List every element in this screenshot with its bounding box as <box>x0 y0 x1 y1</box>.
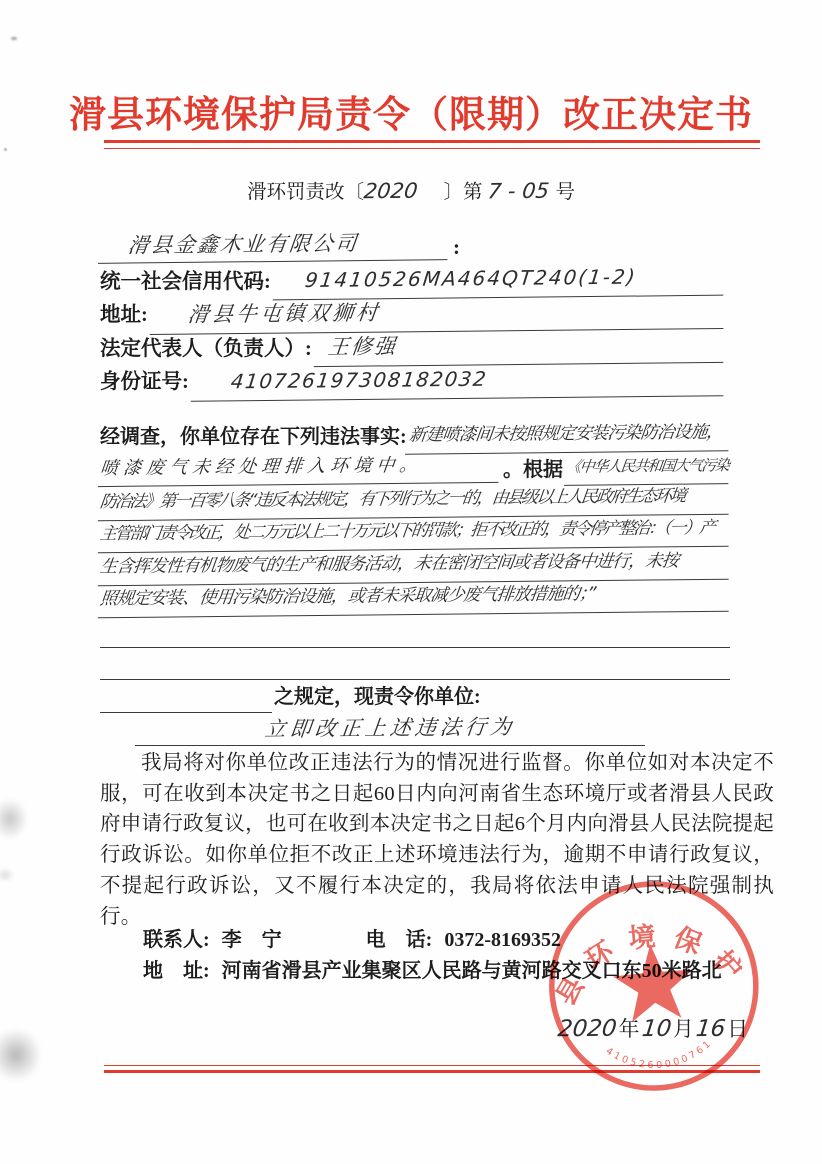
violation-facts-section: 经调查，你单位存在下列违法事实: 新建喷漆间未按照规定安装污染防治设施， 喷漆废… <box>100 421 730 713</box>
official-seal: 滑县环境保护局 4105260000761 <box>528 862 779 1113</box>
docno-prefix: 滑环罚责改〔 <box>247 182 364 203</box>
facts-handwritten-2: 喷漆废气未经处理排入环境中。 <box>98 450 502 488</box>
recipient-company-row: 滑县金鑫木业有限公司 : <box>100 230 460 262</box>
legal-representative-row: 法定代表人（负责人）: 王修强 <box>100 331 725 365</box>
facts-lead-label: 经调查，你单位存在下列违法事实: <box>100 422 407 453</box>
order-value-handwritten: 立即改正上述违法行为 <box>263 712 517 745</box>
facts-handwritten-6: 照规定安装、使用污染防治设施，或者未采取减少废气排放措施的；” <box>98 579 733 619</box>
facts-line-1: 经调查，你单位存在下列违法事实: 新建喷漆间未按照规定安装污染防治设施， <box>100 421 730 453</box>
scanned-document-page: 滑县环境保护局责令（限期）改正决定书 滑环罚责改〔2020〕第7 - 05号 滑… <box>0 0 822 1164</box>
facts-line-2: 喷漆废气未经处理排入环境中。 。根据 《中华人民共和国大气污染 <box>100 453 730 485</box>
blank-underline-short <box>100 679 272 712</box>
blank-line-2 <box>100 648 730 680</box>
id-number-value-handwritten: 410726197308182032 <box>191 361 728 401</box>
contact-person-label: 联系人: <box>143 929 210 951</box>
legal-representative-value-handwritten: 王修强 <box>314 328 728 367</box>
address-label: 地址: <box>100 299 152 331</box>
facts-line-3: 防治法》第一百零八条“违反本法规定，有下列行为之一的，由县级以上人民政府生态环境 <box>100 486 730 518</box>
blank-underline <box>100 647 730 680</box>
company-colon: : <box>449 232 460 262</box>
scan-artifact <box>4 148 7 151</box>
facts-line-5: 生含挥发性有机物废气的生产和服务活动，未在密闭空间或者设备中进行，未按 <box>100 551 730 583</box>
docno-serial-handwritten: 7 - 05 <box>487 179 551 204</box>
order-lead-line: 之规定，现责令你单位: <box>100 680 730 712</box>
legal-representative-label: 法定代表人（负责人）: <box>100 333 316 365</box>
office-address-label: 地 址: <box>143 960 210 982</box>
docno-year-handwritten: 2020 <box>363 179 419 204</box>
scan-artifact <box>11 37 17 40</box>
facts-line-4: 主管部门责令改正，处二万元以上二十万元以下的罚款；拒不改正的，责令停产整治：（一… <box>100 518 730 550</box>
credit-code-label: 统一社会信用代码: <box>100 266 275 298</box>
order-lead-label: 之规定，现责令你单位: <box>272 682 481 713</box>
scan-artifact <box>0 1028 42 1082</box>
phone-label: 电 话: <box>366 929 433 951</box>
svg-text:4105260000761: 4105260000761 <box>603 1036 717 1075</box>
scan-artifact <box>0 798 28 840</box>
contact-person: 李 宁 <box>222 929 282 951</box>
document-title: 滑县环境保护局责令（限期）改正决定书 <box>0 84 822 138</box>
id-number-row: 身份证号: 410726197308182032 <box>100 365 725 399</box>
order-value-line: 立即改正上述违法行为 <box>135 713 645 746</box>
seal-code-text: 4105260000761 <box>603 1036 717 1075</box>
document-number-line: 滑环罚责改〔2020〕第7 - 05号 <box>0 176 822 204</box>
scan-artifact <box>0 868 14 882</box>
company-name-handwritten: 滑县金鑫木业有限公司 <box>98 227 451 264</box>
docno-mid: 〕第 <box>443 182 482 203</box>
blank-line-1 <box>100 615 730 647</box>
facts-line-6: 照规定安装、使用污染防治设施，或者未采取减少废气排放措施的；” <box>100 583 730 615</box>
credit-code-row: 统一社会信用代码: 91410526MA464QT240(1-2) <box>100 264 725 298</box>
id-number-label: 身份证号: <box>100 366 193 398</box>
header-rule <box>104 140 760 149</box>
docno-suffix: 号 <box>555 182 575 203</box>
blank-underline <box>100 614 730 647</box>
facts-genju-label: 。根据 <box>500 455 566 486</box>
address-row: 地址: 滑县牛屯镇双狮村 <box>100 298 725 332</box>
